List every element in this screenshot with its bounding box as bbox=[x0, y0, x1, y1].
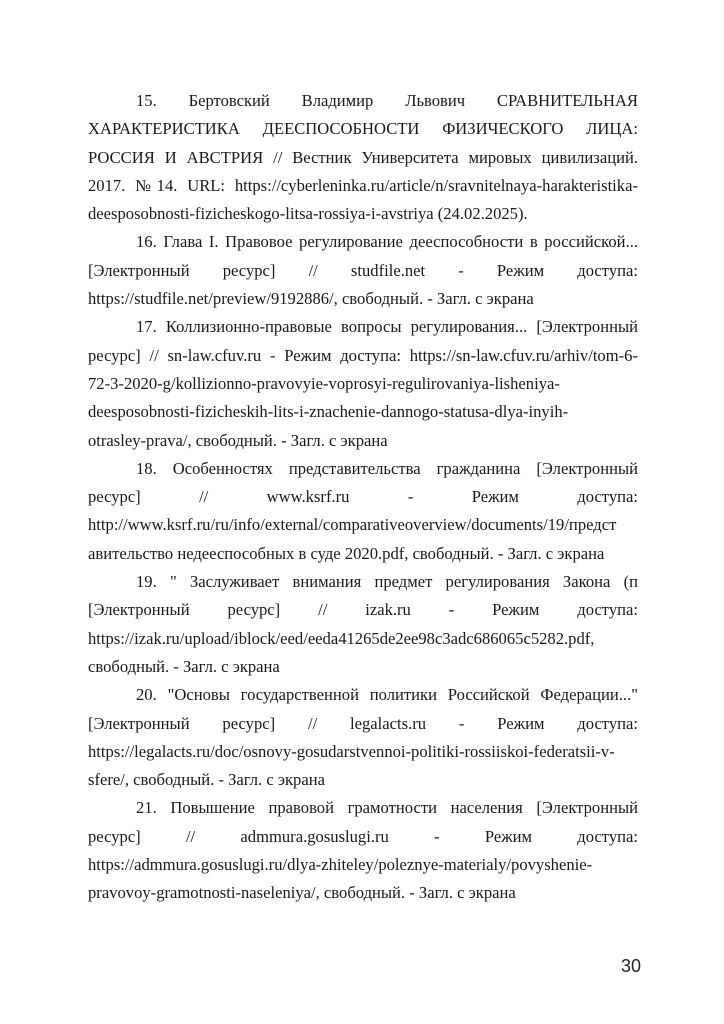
reference-21: 21. Повышение правовой грамотности насел… bbox=[88, 794, 638, 907]
page-number: 30 bbox=[621, 956, 641, 977]
reference-line: pravovoy-gramotnosti-naseleniya/, свобод… bbox=[88, 879, 638, 907]
reference-17: 17. Коллизионно-правовые вопросы регулир… bbox=[88, 313, 638, 454]
reference-line: свободный. - Загл. с экрана bbox=[88, 653, 638, 681]
reference-line: РОССИЯ И АВСТРИЯ // Вестник Университета… bbox=[88, 144, 638, 172]
reference-line: 17. Коллизионно-правовые вопросы регулир… bbox=[88, 313, 638, 341]
reference-line: 16. Глава I. Правовое регулирование деес… bbox=[88, 228, 638, 256]
reference-line: [Электронный ресурс] // legalacts.ru - Р… bbox=[88, 710, 638, 738]
reference-line: https://izak.ru/upload/iblock/eed/eeda41… bbox=[88, 625, 638, 653]
reference-line: 20. "Основы государственной политики Рос… bbox=[88, 681, 638, 709]
reference-line: [Электронный ресурс] // studfile.net - Р… bbox=[88, 257, 638, 285]
reference-line: 72-3-2020-g/kollizionno-pravovyie-vopros… bbox=[88, 370, 638, 398]
reference-line: sfere/, свободный. - Загл. с экрана bbox=[88, 766, 638, 794]
reference-18: 18. Особенностях представительства гражд… bbox=[88, 455, 638, 568]
reference-line: ХАРАКТЕРИСТИКА ДЕЕСПОСОБНОСТИ ФИЗИЧЕСКОГ… bbox=[88, 115, 638, 143]
reference-line: [Электронный ресурс] // izak.ru - Режим … bbox=[88, 596, 638, 624]
reference-line: авительство недееспособных в суде 2020.p… bbox=[88, 540, 638, 568]
reference-20: 20. "Основы государственной политики Рос… bbox=[88, 681, 638, 794]
reference-line: 15. Бертовский Владимир Львович СРАВНИТЕ… bbox=[88, 87, 638, 115]
reference-15: 15. Бертовский Владимир Львович СРАВНИТЕ… bbox=[88, 87, 638, 228]
reference-list: 15. Бертовский Владимир Львович СРАВНИТЕ… bbox=[88, 87, 638, 908]
reference-16: 16. Глава I. Правовое регулирование деес… bbox=[88, 228, 638, 313]
reference-line: https://admmura.gosuslugi.ru/dlya-zhitel… bbox=[88, 851, 638, 879]
reference-line: 19. " Заслуживает внимания предмет регул… bbox=[88, 568, 638, 596]
reference-line: 21. Повышение правовой грамотности насел… bbox=[88, 794, 638, 822]
reference-line: 2017. №14. URL: https://cyberleninka.ru/… bbox=[88, 172, 638, 200]
reference-line: deesposobnosti-fizicheskih-lits-i-znache… bbox=[88, 398, 638, 426]
reference-line: ресурс] // admmura.gosuslugi.ru - Режим … bbox=[88, 823, 638, 851]
reference-line: https://studfile.net/preview/9192886/, с… bbox=[88, 285, 638, 313]
reference-line: otrasley-prava/, свободный. - Загл. с эк… bbox=[88, 427, 638, 455]
reference-line: ресурс] // sn-law.cfuv.ru - Режим доступ… bbox=[88, 342, 638, 370]
reference-line: deesposobnosti-fizicheskogo-litsa-rossiy… bbox=[88, 200, 638, 228]
reference-line: 18. Особенностях представительства гражд… bbox=[88, 455, 638, 483]
reference-line: https://legalacts.ru/doc/osnovy-gosudars… bbox=[88, 738, 638, 766]
reference-19: 19. " Заслуживает внимания предмет регул… bbox=[88, 568, 638, 681]
reference-line: http://www.ksrf.ru/ru/info/external/comp… bbox=[88, 511, 638, 539]
reference-line: ресурс] // www.ksrf.ru - Режим доступа: bbox=[88, 483, 638, 511]
